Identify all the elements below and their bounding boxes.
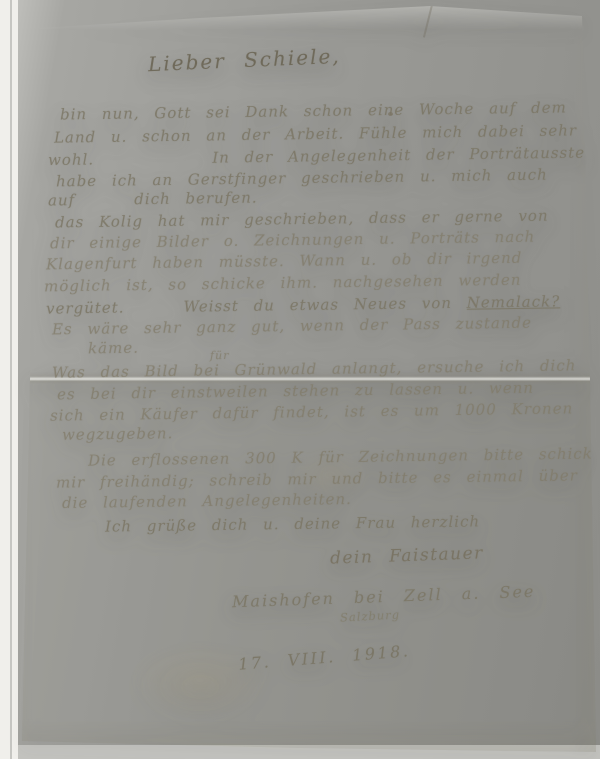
letter-paper-shadow: Lieber Schiele, bin nun, Gott sei Dank s… <box>0 0 600 759</box>
letter-line: Klagenfurt haben müsste. Wann u. ob dir … <box>46 249 523 274</box>
top-left-corner-crease <box>35 6 98 23</box>
letter-line: habe ich an Gerstfinger geschrieben u. m… <box>56 166 548 191</box>
letter-greeting: Lieber Schiele, <box>148 44 342 76</box>
paper-stain <box>130 640 270 720</box>
letter-paper: Lieber Schiele, bin nun, Gott sei Dank s… <box>0 0 600 759</box>
letter-line: wegzugeben. <box>62 424 174 444</box>
letter-line: Es wäre sehr ganz gut, wenn der Pass zus… <box>52 314 532 339</box>
top-right-crease <box>423 0 435 38</box>
letter-line: Land u. schon an der Arbeit. Fühle mich … <box>54 121 577 146</box>
letter-photograph: Lieber Schiele, bin nun, Gott sei Dank s… <box>0 0 600 759</box>
letter-line: bin nun, Gott sei Dank schon eine Woche … <box>60 98 567 123</box>
right-vertical-crease <box>0 190 2 320</box>
letter-line-text: vergütet. Weisst du etwas Neues von <box>46 294 467 318</box>
letter-line: auf dich berufen. <box>48 189 258 210</box>
underlined-name: Nemalack? <box>467 292 561 311</box>
letter-line: möglich ist, so schicke ihm. nachgesehen… <box>44 271 522 296</box>
letter-line: käme. <box>88 339 139 358</box>
inserted-word: für <box>210 349 230 362</box>
bottom-vertical-crease <box>0 0 2 190</box>
